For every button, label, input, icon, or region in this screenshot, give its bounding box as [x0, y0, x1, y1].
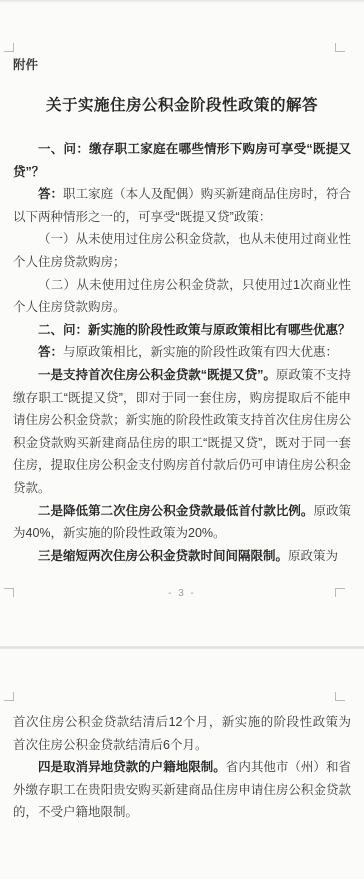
bold-text-run: 一是支持首次住房公积金贷款“既提又贷”。	[38, 368, 276, 382]
paragraph: （二）从未使用过住房公积金贷款，只使用过1次商业性个人住房贷款购房。	[13, 274, 351, 319]
bold-text-run: 一、问：缴存职工家庭在哪些情形下购房可享受“既提又贷”？	[13, 142, 351, 179]
text-boundary-mark-top-left-icon	[4, 43, 14, 52]
text-run: 原政策为	[288, 549, 338, 563]
paragraph: 首次住房公积金贷款结清后12个月，新实施的阶段性政策为首次住房公积金贷款结清后6…	[13, 711, 351, 756]
paragraph: 一是支持首次住房公积金贷款“既提又贷”。原政策不支持缴存职工“既提又贷”，即对于…	[13, 364, 351, 500]
paragraph: 二、问：新实施的阶段性政策与原政策相比有哪些优惠？	[13, 319, 351, 342]
text-run: 与原政策相比，新实施的阶段性政策有四大优惠：	[63, 345, 338, 359]
bold-text-run: 二、问：新实施的阶段性政策与原政策相比有哪些优惠？	[38, 323, 351, 337]
paragraph: 三是缩短两次住房公积金贷款时间间隔限制。原政策为	[13, 545, 351, 568]
document-page-4: 首次住房公积金贷款结清后12个月，新实施的阶段性政策为首次住房公积金贷款结清后6…	[0, 649, 364, 879]
text-boundary-mark-top-right-icon	[335, 692, 345, 701]
text-run: （二）从未使用过住房公积金贷款，只使用过1次商业性个人住房贷款购房。	[13, 278, 351, 315]
bold-text-run: 二是降低第二次住房公积金贷款最低首付款比例。	[38, 504, 313, 518]
paragraph: 答：职工家庭（本人及配偶）购买新建商品住房时，符合以下两种情形之一的，可享受“既…	[13, 183, 351, 228]
page-4-body: 首次住房公积金贷款结清后12个月，新实施的阶段性政策为首次住房公积金贷款结清后6…	[13, 649, 351, 824]
bold-text-run: 三是缩短两次住房公积金贷款时间间隔限制。	[38, 549, 288, 563]
top-edge-shadow	[0, 0, 364, 3]
text-run: 原政策不支持缴存职工“既提又贷”，即对于同一套住房，购房提取后不能申请住房公积金…	[13, 368, 351, 495]
attachment-label: 附件	[13, 57, 364, 74]
text-run: 首次住房公积金贷款结清后12个月，新实施的阶段性政策为首次住房公积金贷款结清后6…	[13, 715, 351, 752]
bold-text-run: 四是取消异地贷款的户籍地限制。	[38, 760, 226, 774]
paragraph: 一、问：缴存职工家庭在哪些情形下购房可享受“既提又贷”？	[13, 138, 351, 183]
bold-text-run: 答：	[38, 187, 63, 201]
document-title: 关于实施住房公积金阶段性政策的解答	[10, 94, 354, 118]
text-run: 职工家庭（本人及配偶）购买新建商品住房时，符合以下两种情形之一的，可享受“既提又…	[13, 187, 351, 224]
paragraph: （一）从未使用过住房公积金贷款，也从未使用过商业性个人住房贷款购房；	[13, 228, 351, 273]
paragraph: 四是取消异地贷款的户籍地限制。省内其他市（州）和省外缴存职工在贵阳贵安购买新建商…	[13, 756, 351, 824]
paragraph: 二是降低第二次住房公积金贷款最低首付款比例。原政策为40%，新实施的阶段性政策为…	[13, 500, 351, 545]
text-boundary-mark-bottom-left-icon	[4, 588, 14, 597]
text-boundary-mark-top-left-icon	[4, 692, 14, 701]
bold-text-run: 答：	[38, 345, 63, 359]
paragraph: 答：与原政策相比，新实施的阶段性政策有四大优惠：	[13, 341, 351, 364]
page-number: - 3 -	[0, 588, 364, 599]
text-run: （一）从未使用过住房公积金贷款，也从未使用过商业性个人住房贷款购房；	[13, 232, 351, 269]
document-viewer[interactable]: 附件 关于实施住房公积金阶段性政策的解答 一、问：缴存职工家庭在哪些情形下购房可…	[0, 0, 364, 879]
document-page-3: 附件 关于实施住房公积金阶段性政策的解答 一、问：缴存职工家庭在哪些情形下购房可…	[0, 0, 364, 646]
page-3-body: 一、问：缴存职工家庭在哪些情形下购房可享受“既提又贷”？答：职工家庭（本人及配偶…	[13, 138, 351, 567]
text-boundary-mark-bottom-right-icon	[335, 588, 345, 597]
text-boundary-mark-top-right-icon	[335, 43, 345, 52]
